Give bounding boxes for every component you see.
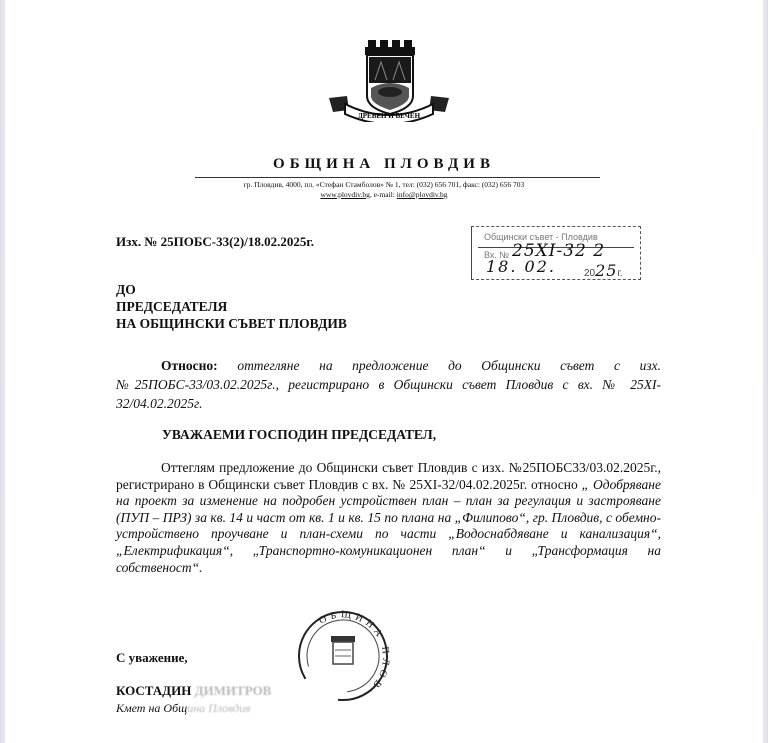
incoming-registration-stamp: Общински съвет - Пловдив Вх. № 25XI-32 2…	[471, 226, 641, 280]
addressee-line-1: ДО	[116, 281, 347, 298]
body-paragraph: Оттеглям предложение до Общински съвет П…	[116, 460, 661, 576]
stamp-year: 2025г.	[584, 261, 623, 280]
closing: С уважение,	[116, 650, 188, 666]
email-link[interactable]: info@plovdiv.bg	[397, 190, 448, 199]
outgoing-reference-number: Изх. № 25ПОБС-33(2)/18.02.2025г.	[116, 234, 314, 250]
letterhead-rule	[195, 177, 600, 178]
stamp-handwritten-date: 18. 02.	[486, 257, 556, 276]
addressee-block: ДО ПРЕДСЕДАТЕЛЯ НА ОБЩИНСКИ СЪВЕТ ПЛОВДИ…	[116, 281, 347, 332]
plovdiv-coat-of-arms-icon: ДРЕВЕН И ВЕЧЕН	[325, 38, 453, 122]
municipality-title: ОБЩИНА ПЛОВДИВ	[5, 156, 763, 173]
letterhead-address: гр. Пловдив, 4000, пл. «Стефан Стамболов…	[5, 180, 763, 189]
letterhead-contacts: www.plovdiv.bg, e-mail: info@plovdiv.bg	[5, 190, 763, 199]
subject-label: Относно:	[161, 358, 218, 373]
signer-name-obscured: ДИМИТРОВ	[195, 683, 272, 698]
signer-name: КОСТАДИН ДИМИТРОВ	[116, 683, 271, 699]
body-plain-text: Оттеглям предложение до Общински съвет П…	[116, 460, 661, 492]
addressee-line-2: ПРЕДСЕДАТЕЛЯ	[116, 298, 347, 315]
svg-text:ДРЕВЕН И ВЕЧЕН: ДРЕВЕН И ВЕЧЕН	[358, 112, 421, 120]
email-label: e-mail:	[374, 190, 395, 199]
subject-paragraph: Относно: оттегляне на предложение до Общ…	[116, 356, 661, 413]
svg-text:ОБЩИНА ПЛОВДИВ: ОБЩИНА ПЛОВДИВ	[295, 606, 391, 692]
signer-title-obscured: ина Пловдив	[187, 701, 250, 715]
signer-title: Кмет на Община Пловдив	[116, 701, 250, 716]
letter-page: ДРЕВЕН И ВЕЧЕН ОБЩИНА ПЛОВДИВ гр. Пловди…	[5, 0, 763, 743]
website-link[interactable]: www.plovdiv.bg	[320, 190, 369, 199]
viewer-right-edge	[763, 0, 768, 743]
municipal-round-seal-icon: ОБЩИНА ПЛОВДИВ	[295, 606, 391, 706]
salutation: УВАЖАЕМИ ГОСПОДИН ПРЕДСЕДАТЕЛ,	[162, 427, 436, 443]
addressee-line-3: НА ОБЩИНСКИ СЪВЕТ ПЛОВДИВ	[116, 315, 347, 332]
